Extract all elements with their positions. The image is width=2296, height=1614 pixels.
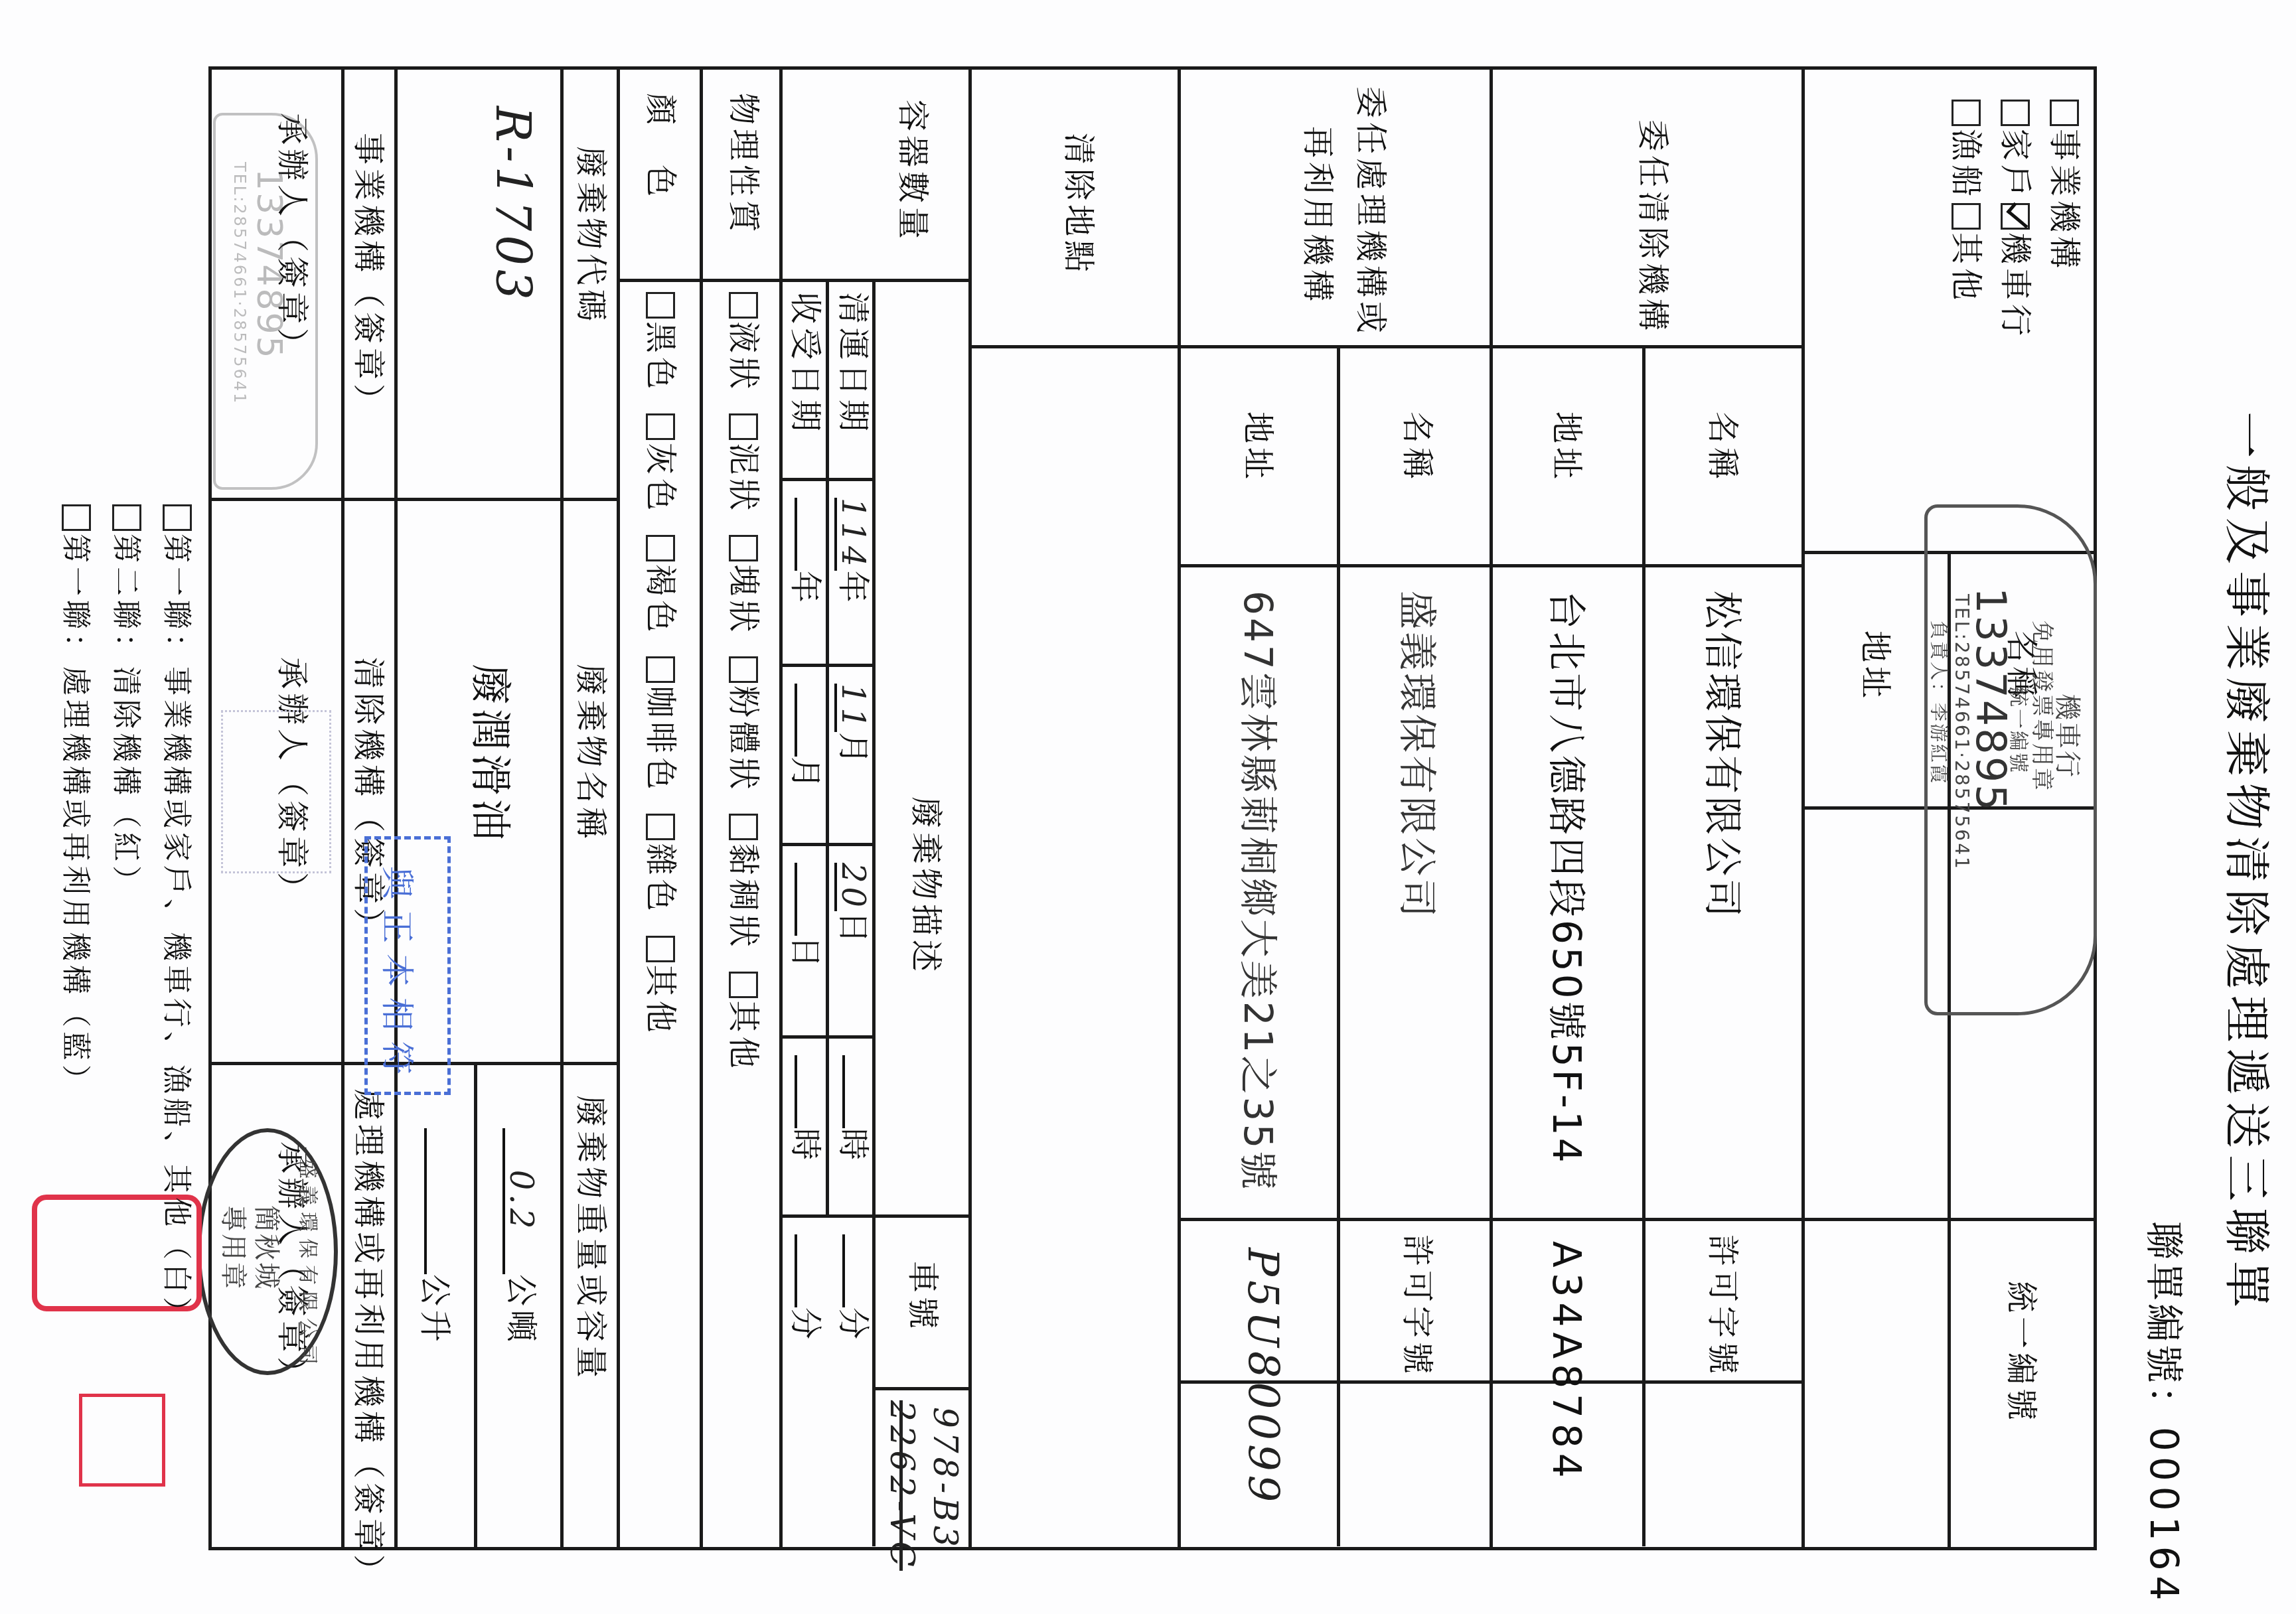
processor-section-label: 委任處理機構或 bbox=[1355, 86, 1387, 337]
receive-month-value[interactable]: 月 bbox=[789, 684, 821, 792]
processor-permit-label: 許可字號 bbox=[1401, 1234, 1433, 1378]
copy-option-1[interactable]: 第一聯：事業機構或家戶、機車行、漁船、其他（白） bbox=[161, 504, 192, 1330]
option-sludge[interactable]: 泥狀 bbox=[725, 413, 762, 514]
processor-address-value: 647雲林縣莿桐鄉大美21之35號 bbox=[1239, 591, 1277, 1192]
generator-id-label: 統一編號 bbox=[2005, 1281, 2037, 1424]
copy-option-2[interactable]: 第二聯：清除機構（紅） bbox=[111, 504, 141, 1330]
option-liquid[interactable]: 液狀 bbox=[725, 292, 762, 393]
receive-minute-value[interactable]: 分 bbox=[789, 1234, 821, 1343]
red-owner-seal bbox=[79, 1394, 165, 1487]
processor-permit-value: P5U80099 bbox=[1241, 1248, 1284, 1506]
option-powder[interactable]: 粉體狀 bbox=[725, 656, 762, 793]
processor-name-value: 盛義環保有限公司 bbox=[1398, 591, 1436, 920]
waste-weight-ton: 0.2公噸 bbox=[502, 1128, 537, 1346]
processor-signature-label: 處理機構或再利用機構（簽章） bbox=[352, 1088, 384, 1590]
option-fishing-other[interactable]: 漁船其他 bbox=[1950, 100, 1982, 538]
generator-type-options: 事業機構 家戶機車行 漁船其他 bbox=[1950, 100, 2080, 538]
copy-option-3[interactable]: 第一聯：處理機構或再利用機構（藍） bbox=[60, 504, 91, 1330]
copy-legend: 第一聯：事業機構或家戶、機車行、漁船、其他（白） 第二聯：清除機構（紅） 第一聯… bbox=[60, 504, 192, 1330]
checkbox[interactable] bbox=[2001, 100, 2030, 126]
collector-name-label: 名稱 bbox=[1707, 411, 1738, 483]
option-household-motorshop[interactable]: 家戶機車行 bbox=[1999, 100, 2031, 538]
collector-section-label: 委任清除機構 bbox=[1637, 119, 1669, 334]
vehicle-struck-value: 2262-VC bbox=[885, 1400, 919, 1571]
color-label: 顏 色 bbox=[645, 93, 676, 200]
waste-name-label: 廢棄物名稱 bbox=[575, 664, 607, 843]
option-physical-other[interactable]: 其他 bbox=[725, 972, 762, 1072]
transport-day-value[interactable]: 20日 bbox=[834, 863, 869, 947]
collector-company-stamp: 機車行 免用發票專用章 統一編號 13374895 TEL:28574661·2… bbox=[1924, 504, 2097, 1015]
vehicle-label: 車號 bbox=[907, 1261, 939, 1333]
receive-year-value[interactable]: 年 bbox=[789, 498, 821, 607]
option-coffee[interactable]: 咖啡色 bbox=[642, 656, 679, 793]
transport-minute-value[interactable]: 分 bbox=[837, 1234, 869, 1343]
processor-name-label: 名稱 bbox=[1401, 411, 1433, 483]
generator-signature-label: 事業機構（簽章） bbox=[352, 133, 384, 419]
receive-date-label: 收受日期 bbox=[789, 292, 821, 435]
vehicle-value: 978-B3 bbox=[929, 1407, 962, 1551]
receive-hour-value[interactable]: 時 bbox=[789, 1055, 821, 1164]
certified-copy-stamp: 與正本相符 bbox=[364, 836, 451, 1095]
receive-day-value[interactable]: 日 bbox=[789, 863, 821, 972]
physical-options: 液狀 泥狀 塊狀 粉體狀 黏稠狀 其他 bbox=[727, 292, 759, 1072]
option-brown[interactable]: 褐色 bbox=[642, 535, 679, 636]
checkbox[interactable] bbox=[1952, 203, 1981, 230]
processor-round-seal: 盛義環保有限公司 簡秋城 專用章 bbox=[197, 1128, 338, 1375]
serial-number: 聯單編號：000164 bbox=[2145, 1221, 2183, 1605]
waste-code-label: 廢棄物代碼 bbox=[575, 146, 607, 325]
collector-address-label: 地址 bbox=[1551, 411, 1582, 483]
physical-label: 物理性質 bbox=[727, 93, 759, 236]
collection-site-label: 清除地點 bbox=[1063, 133, 1095, 276]
color-options: 黑色 灰色 褐色 咖啡色 雜色 其他 bbox=[645, 292, 676, 1037]
generator-company-stamp: 13374895 TEL:28574661·28575641 bbox=[213, 113, 318, 490]
option-solid[interactable]: 塊狀 bbox=[725, 535, 762, 636]
processor-address-label: 地址 bbox=[1242, 411, 1274, 483]
collector-permit-value: A34A8784 bbox=[1547, 1241, 1586, 1483]
waste-name-value: 廢潤滑油 bbox=[469, 664, 510, 844]
checkbox-checked[interactable] bbox=[2001, 203, 2030, 230]
collector-name-value: 松信環保有限公司 bbox=[1703, 591, 1742, 920]
waste-volume-liter: 公升 bbox=[419, 1128, 451, 1346]
transport-hour-value[interactable]: 時 bbox=[837, 1055, 869, 1164]
option-mixed[interactable]: 雜色 bbox=[642, 814, 679, 915]
transport-month-value[interactable]: 11月 bbox=[834, 684, 869, 768]
checkbox[interactable] bbox=[1952, 100, 1981, 126]
transport-date-label: 清運日期 bbox=[837, 292, 869, 435]
waste-weight-label: 廢棄物重量或容量 bbox=[575, 1095, 607, 1382]
generator-address-label: 地址 bbox=[1859, 630, 1891, 702]
form-title: 一般及事業廢棄物清除處理遞送三聯單 bbox=[2223, 411, 2269, 1314]
waste-manifest-form: 一般及事業廢棄物清除處理遞送三聯單 聯單編號：000164 事業機構 家戶機車行… bbox=[0, 0, 2296, 1614]
checkbox[interactable] bbox=[2050, 100, 2079, 126]
waste-code-value: R-1703 bbox=[489, 106, 537, 304]
processor-section-label-2: 再利用機構 bbox=[1302, 126, 1334, 305]
collector-address-value: 台北市八德路四段650號5F-14 bbox=[1547, 591, 1586, 1165]
option-gray[interactable]: 灰色 bbox=[642, 413, 679, 514]
collector-permit-label: 許可字號 bbox=[1707, 1234, 1738, 1378]
container-label: 容器數量 bbox=[897, 100, 929, 243]
waste-section-label: 廢棄物描述 bbox=[910, 796, 942, 976]
faint-square-stamp bbox=[221, 710, 331, 873]
option-black[interactable]: 黑色 bbox=[642, 292, 679, 393]
option-viscous[interactable]: 黏稠狀 bbox=[725, 814, 762, 950]
option-color-other[interactable]: 其他 bbox=[642, 936, 679, 1037]
transport-date-value[interactable]: 114年 bbox=[834, 498, 869, 607]
option-business[interactable]: 事業機構 bbox=[2048, 100, 2080, 538]
